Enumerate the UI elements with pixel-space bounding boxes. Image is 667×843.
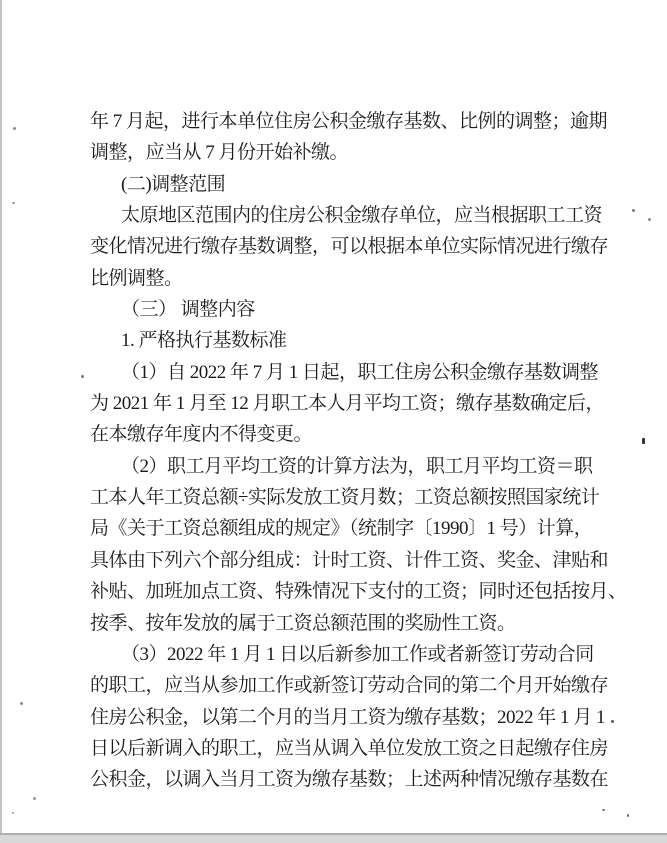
- scan-speck: [602, 809, 605, 811]
- text-line: （1）自 2022 年 7 月 1 日起，职工住房公积金缴存基数调整: [90, 357, 600, 388]
- scan-speck: [648, 218, 651, 221]
- scan-left-edge: [0, 0, 2, 843]
- text-line: 工本人年工资总额÷实际发放工资月数；工资总额按照国家统计: [90, 482, 600, 513]
- text-line: 比例调整。: [90, 263, 600, 294]
- text-line: 太原地区范围内的住房公积金缴存单位，应当根据职工工资: [90, 200, 600, 231]
- scan-speck: [12, 202, 15, 204]
- scan-speck: [632, 209, 635, 212]
- text-line: 调整，应当从 7 月份开始补缴。: [90, 137, 600, 168]
- text-line: 公积金，以调入当月工资为缴存基数；上述两种情况缴存基数在: [90, 764, 600, 795]
- text-line: 具体由下列六个部分组成：计时工资、计件工资、奖金、津贴和: [90, 545, 600, 576]
- scan-speck: [13, 127, 16, 130]
- text-line: 日以后新调入的职工，应当从调入单位发放工资之日起缴存住房: [90, 733, 600, 764]
- text-line: 的职工，应当从参加工作或新签订劳动合同的第二个月开始缴存: [90, 670, 600, 701]
- scan-speck: [627, 814, 629, 817]
- text-line: 补贴、加班加点工资、特殊情况下支付的工资；同时还包括按月、: [90, 576, 600, 607]
- scan-bottom-edge-band: [0, 835, 667, 843]
- text-line: 为 2021 年 1 月至 12 月职工本人月平均工资；缴存基数确定后，: [90, 388, 600, 419]
- text-line: 年 7 月起，进行本单位住房公积金缴存基数、比例的调整；逾期: [90, 106, 600, 137]
- text-line: （三） 调整内容: [90, 294, 600, 325]
- text-line: 按季、按年发放的属于工资总额范围的奖励性工资。: [90, 608, 600, 639]
- scan-speck: [20, 702, 23, 705]
- text-line: （3）2022 年 1 月 1 日以后新参加工作或者新签订劳动合同: [90, 639, 600, 670]
- text-line: 局《关于工资总额组成的规定》（统制字〔1990〕1 号）计算，: [90, 513, 600, 544]
- text-line: （2）职工月平均工资的计算方法为，职工月平均工资＝职: [90, 451, 600, 482]
- text-line: 变化情况进行缴存基数调整，可以根据本单位实际情况进行缴存: [90, 231, 600, 262]
- scan-speck: [81, 375, 84, 378]
- document-text: 年 7 月起，进行本单位住房公积金缴存基数、比例的调整；逾期调整，应当从 7 月…: [90, 106, 600, 796]
- scan-speck: [611, 720, 614, 723]
- scanned-page: 年 7 月起，进行本单位住房公积金缴存基数、比例的调整；逾期调整，应当从 7 月…: [0, 0, 667, 843]
- scan-speck: [642, 438, 645, 444]
- scan-speck: [12, 812, 14, 814]
- scan-speck: [33, 797, 36, 800]
- text-line: 住房公积金，以第二个月的当月工资为缴存基数；2022 年 1 月 1: [90, 702, 600, 733]
- text-line: 在本缴存年度内不得变更。: [90, 419, 600, 450]
- text-line: 1. 严格执行基数标准: [90, 325, 600, 356]
- text-line: (二)调整范围: [90, 169, 600, 200]
